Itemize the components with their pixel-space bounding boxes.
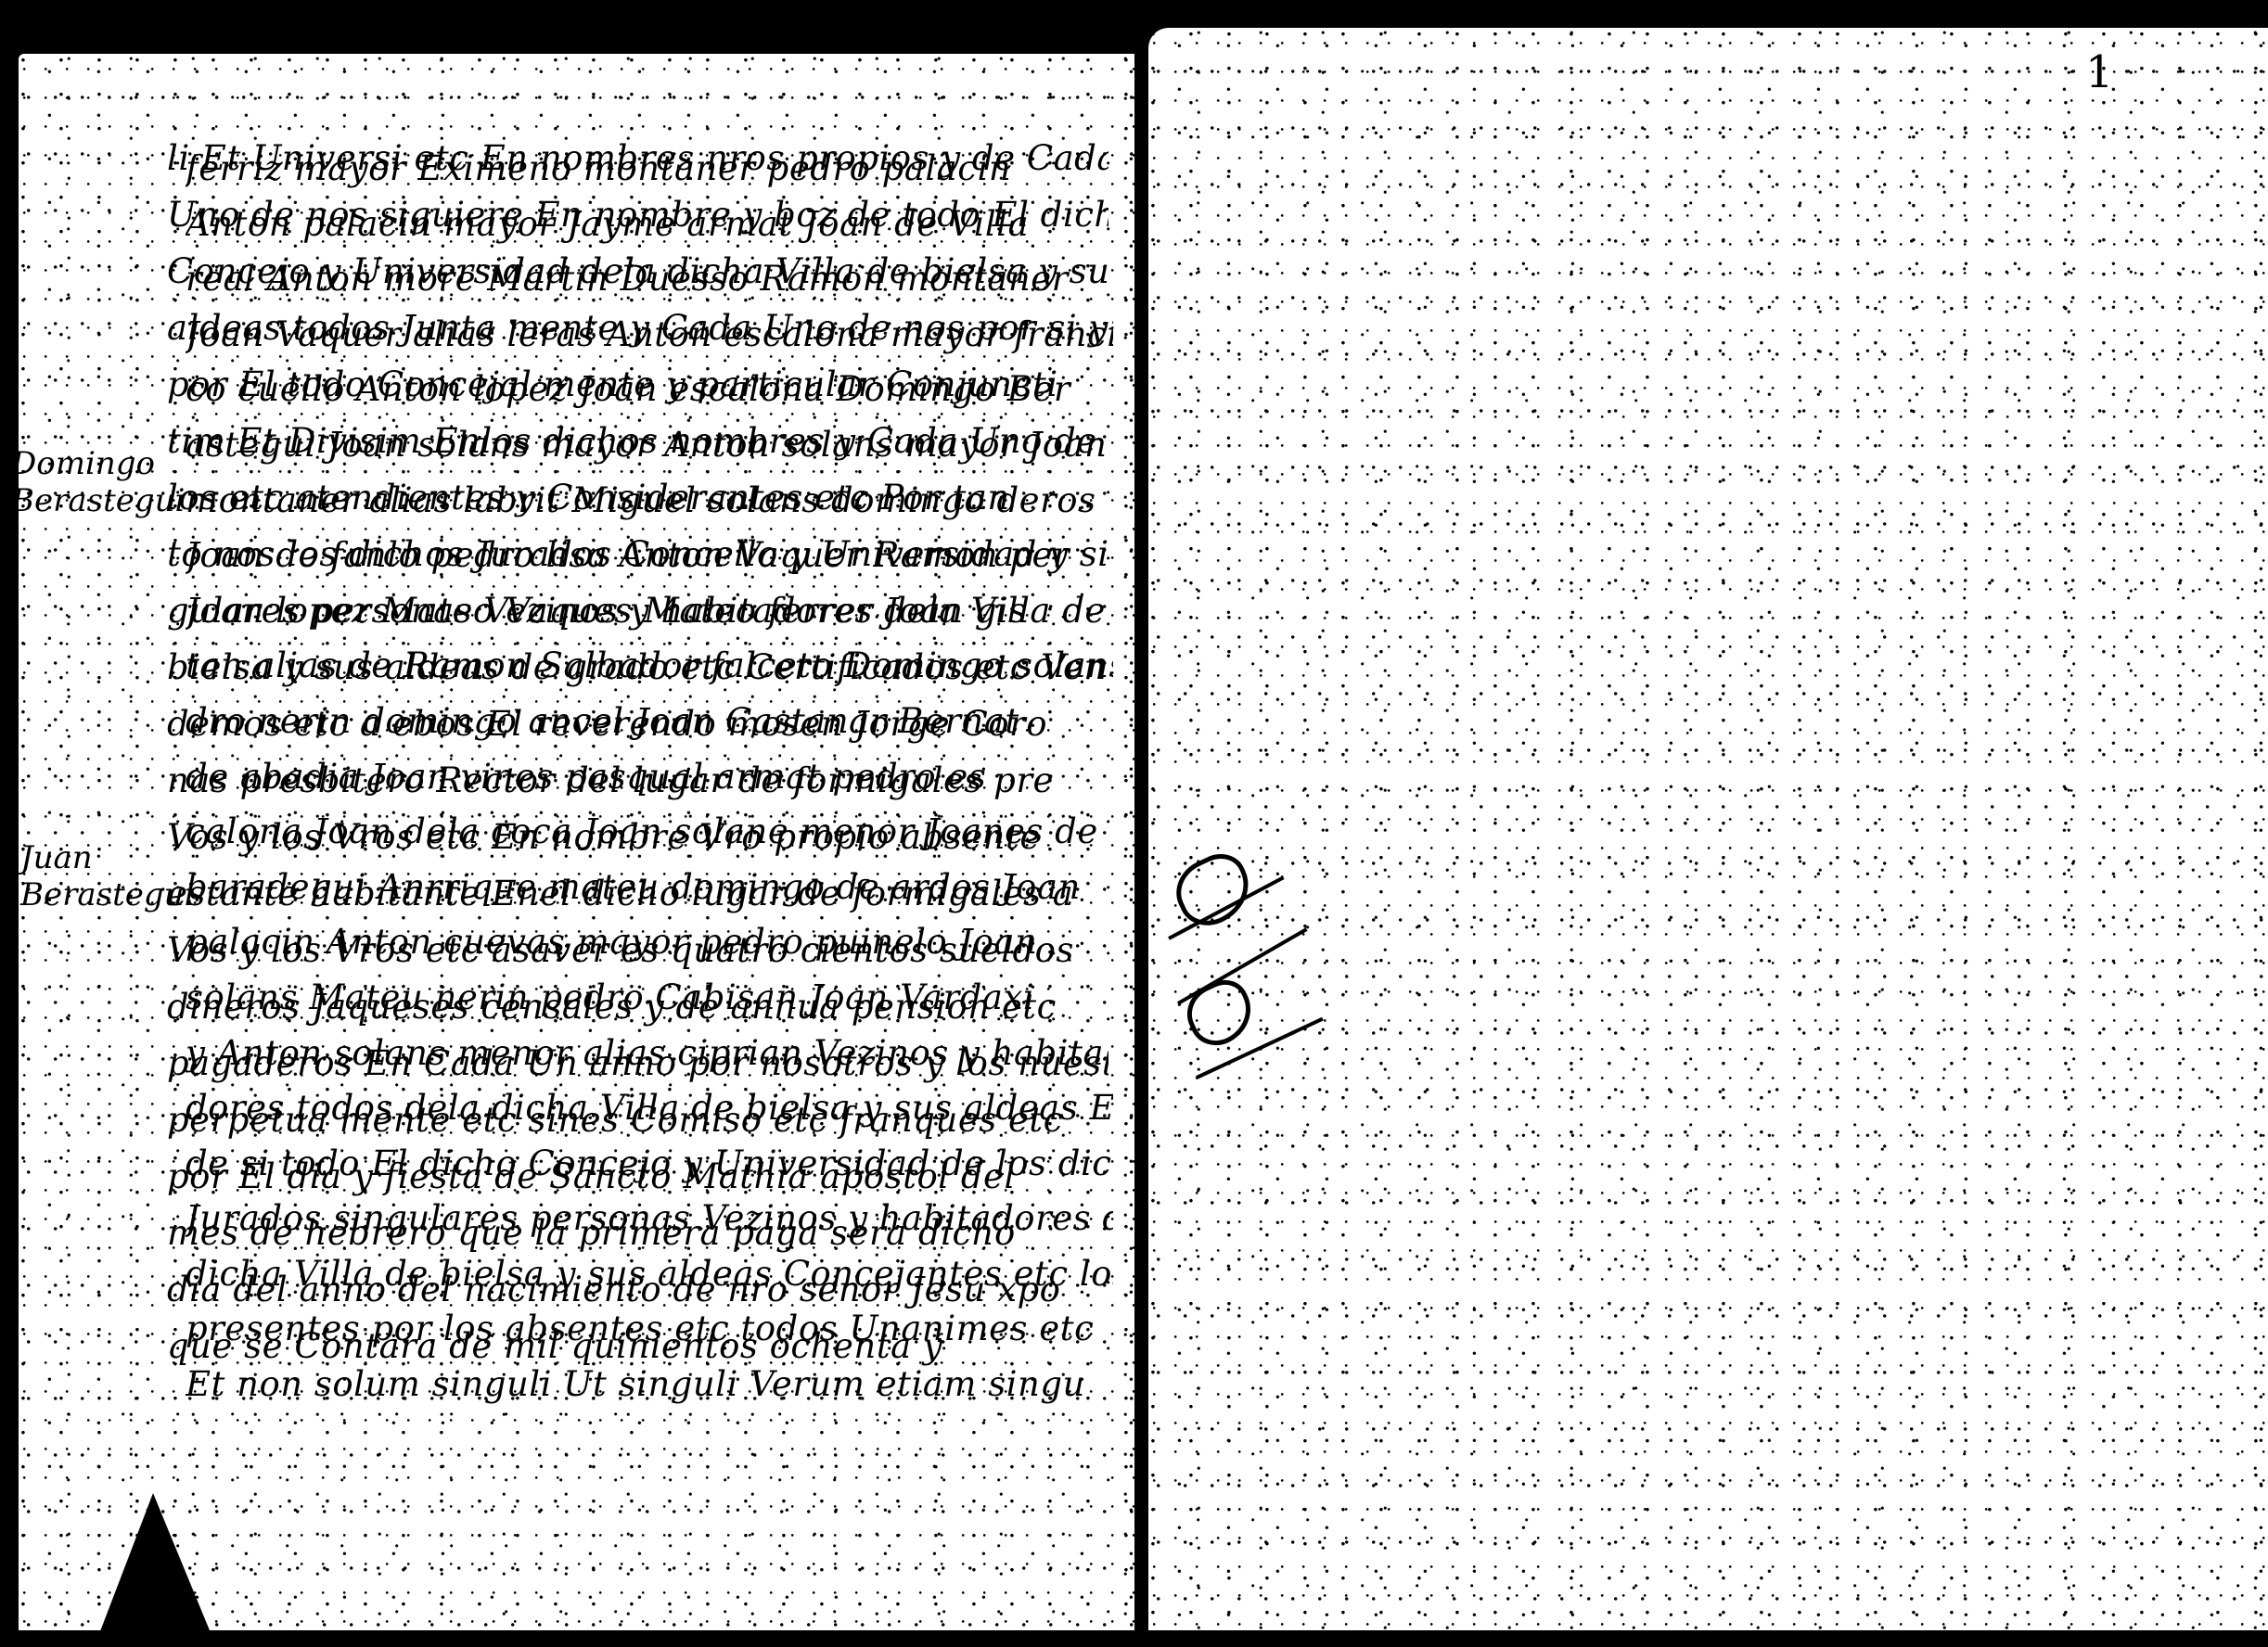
text-line: to nos los dichos Jurados Concello y Uni…	[167, 526, 1108, 582]
binding-tab-shadow	[93, 1493, 218, 1647]
text-line: li Et Universi etc En nombres nros propi…	[167, 130, 1108, 186]
margin-note-line: Juan	[20, 839, 187, 876]
right-page	[1148, 28, 2268, 1632]
margin-note-juan-berastegui: Juan Berastegui	[20, 839, 187, 913]
text-line: Concejo y Universidad dela dicha Villa d…	[167, 243, 1108, 300]
text-line: por El todo Concejal mente y particular …	[167, 356, 1108, 413]
right-page-text: li Et Universi etc En nombres nros propi…	[167, 130, 1108, 1374]
text-line: Uno de nos siguiere En nombre y boz de t…	[167, 186, 1108, 243]
folio-number: 1	[2085, 46, 2114, 98]
text-line: perpetua mente etc sines Comiso etc fran…	[167, 1092, 1108, 1148]
manuscript-spread: Domingo Berastegui Juan Berastegui ferri…	[0, 0, 2268, 1647]
text-line: gulares personas Vezinos y habitadores d…	[167, 582, 1108, 639]
text-line: Vos y los Vros etc asaver es quatro cien…	[167, 922, 1108, 978]
text-line: pagaderos En Cada Un anno por nosotros y…	[167, 1035, 1108, 1092]
text-line: nas presbitero Rector del lugar de formi…	[167, 752, 1108, 809]
text-line: mes de hebrero que la primera paga sera …	[167, 1205, 1108, 1261]
text-line: que se Contara de mil quinientos ochenta…	[167, 1318, 1108, 1374]
text-line: los etc atendientes y Considerantes etc …	[167, 469, 1108, 526]
text-line: bielsa y sus aldeas de grado etc Certifi…	[167, 639, 1108, 696]
book-gutter	[1134, 0, 1148, 1647]
text-line: aldeas todos Junta mente y Cada Uno de n…	[167, 300, 1108, 356]
text-line: Vos y los Vros etc En nombre Vro propio …	[167, 809, 1108, 865]
text-line: por El dia y fiesta de Sancto Mathia apo…	[167, 1148, 1108, 1205]
text-line: estante habitante Enel dicho lugar de fo…	[167, 865, 1108, 922]
scan-bottom-border	[0, 1630, 2268, 1647]
text-line: dineros Jaqueses censales y de annua pen…	[167, 978, 1108, 1035]
text-line: tim Et Divisim Enlos dichos nombres y Ca…	[167, 413, 1108, 469]
margin-note-line: Berastegui	[20, 876, 187, 913]
text-line: demos etc a ebos El reverendo mosen Jorg…	[167, 696, 1108, 752]
text-line: dia del anno del nacimiento de nro senor…	[167, 1261, 1108, 1318]
scan-left-border	[0, 0, 19, 1647]
